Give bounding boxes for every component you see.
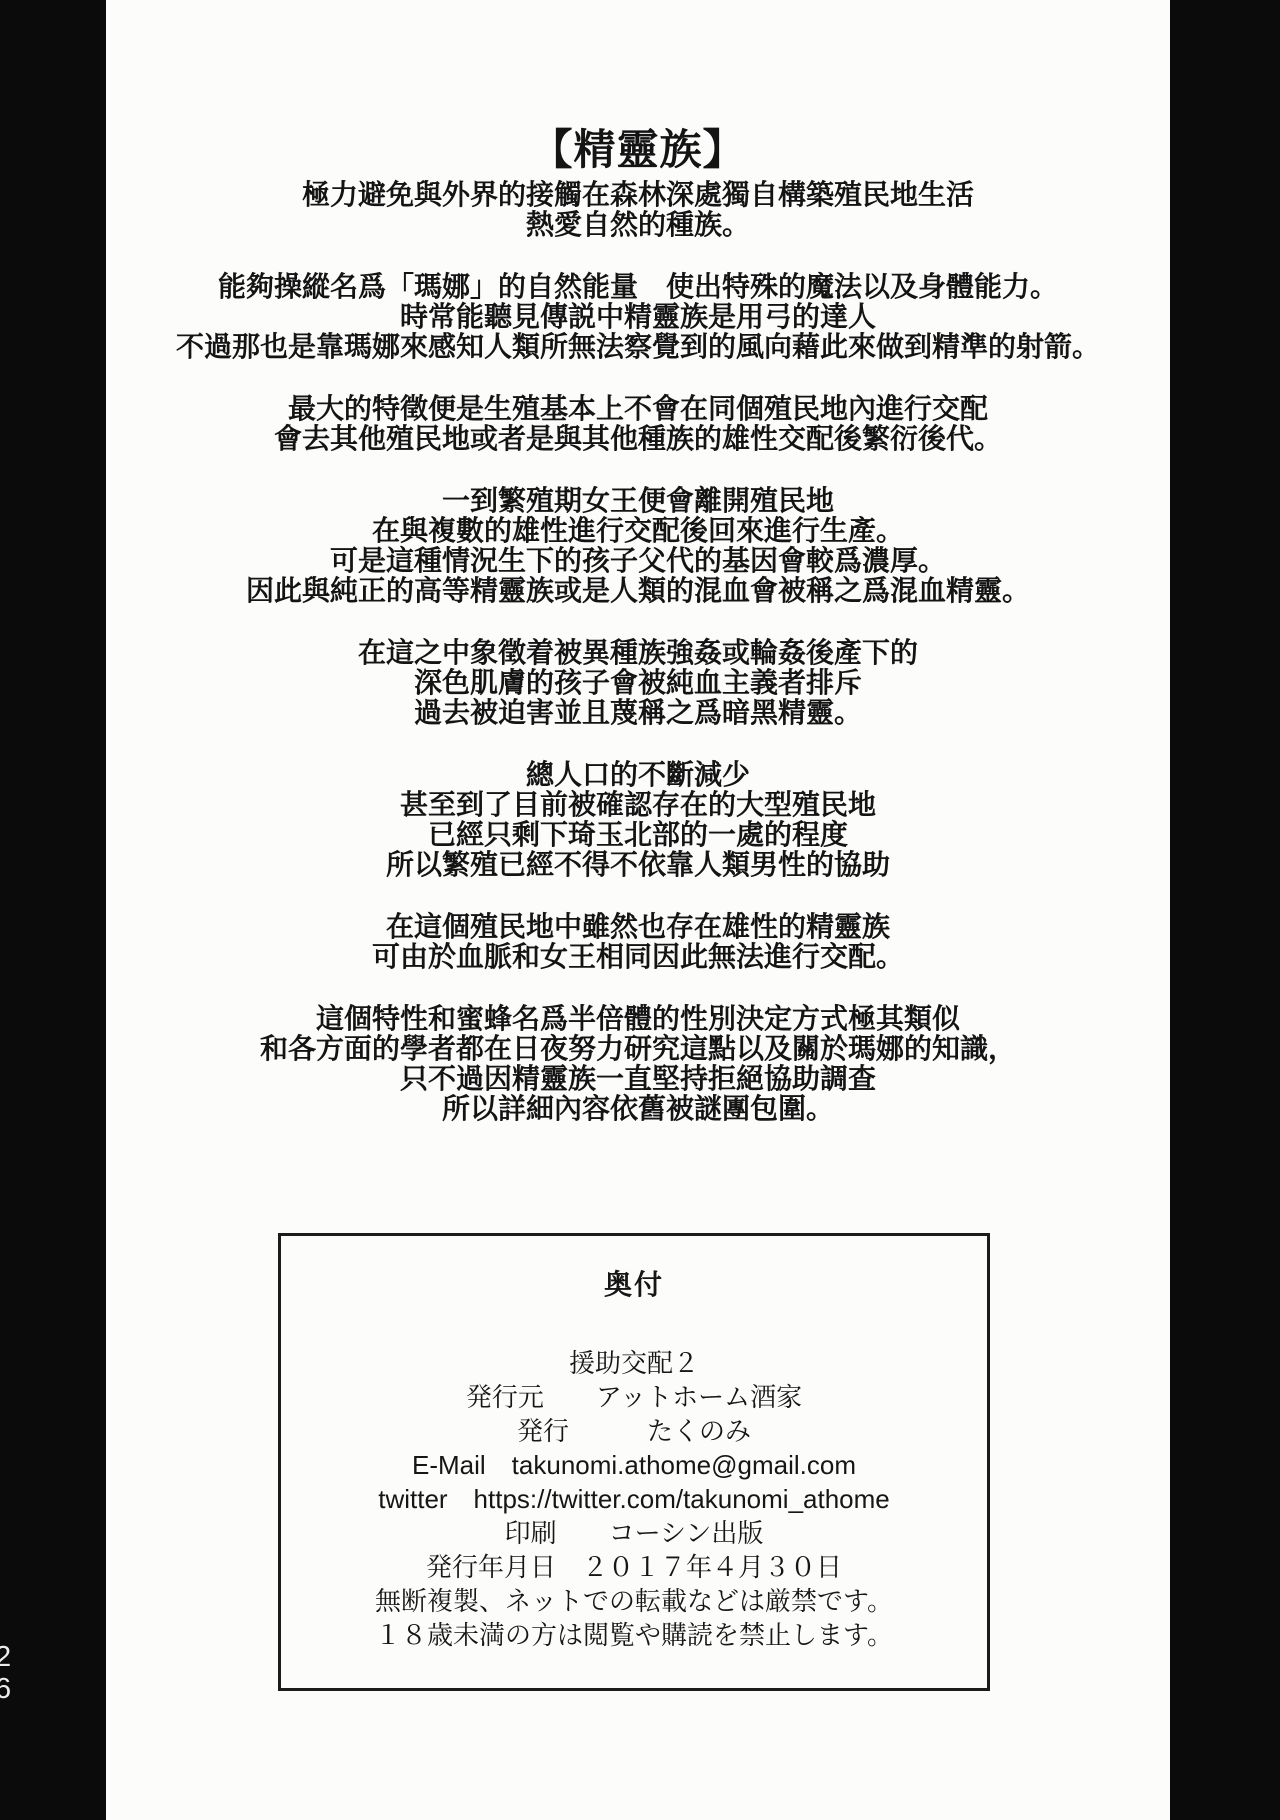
article-title: 【精靈族】 [106, 128, 1170, 172]
colophon-twitter: twitter https://twitter.com/takunomi_ath… [281, 1482, 987, 1516]
paragraph-research: 這個特性和蜜蜂名爲半倍體的性別決定方式極其類似 和各方面的學者都在日夜努力研究這… [106, 1004, 1170, 1124]
colophon-box: 奥付 援助交配２ 発行元 アットホーム酒家 発行 たくのみ E-Mail tak… [278, 1233, 990, 1691]
colophon-publish-date: 発行年月日 ２０１７年４月３０日 [281, 1550, 987, 1584]
body-line: 因此與純正的高等精靈族或是人類的混血會被稱之爲混血精靈。 [106, 576, 1170, 606]
body-line: 所以詳細內容依舊被謎團包圍。 [106, 1094, 1170, 1124]
colophon-heading: 奥付 [281, 1236, 987, 1300]
colophon-no-reproduction-notice: 無断複製、ネットでの転載などは厳禁です。 [281, 1584, 987, 1618]
paragraph-dark-elves: 在這之中象徵着被異種族強姦或輪姦後產下的 深色肌膚的孩子會被純血主義者排斥 過去… [106, 638, 1170, 728]
body-line: 所以繁殖已經不得不依靠人類男性的協助 [106, 850, 1170, 880]
colophon-age-restriction-notice: １８歳未満の方は閲覧や購読を禁止します。 [281, 1618, 987, 1652]
body-line: 已經只剩下琦玉北部的一處的程度 [106, 820, 1170, 850]
body-line: 可是這種情況生下的孩子父代的基因會較爲濃厚。 [106, 546, 1170, 576]
paragraph-males: 在這個殖民地中雖然也存在雄性的精靈族 可由於血脈和女王相同因此無法進行交配。 [106, 912, 1170, 972]
body-line: 甚至到了目前被確認存在的大型殖民地 [106, 790, 1170, 820]
body-line: 和各方面的學者都在日夜努力研究這點以及關於瑪娜的知識， [106, 1034, 1170, 1064]
paragraph-habitat: 極力避免與外界的接觸在森林深處獨自構築殖民地生活 熱愛自然的種族。 [106, 180, 1170, 240]
body-line: 能夠操縱名爲「瑪娜」的自然能量 使出特殊的魔法以及身體能力。 [106, 272, 1170, 302]
body-line: 深色肌膚的孩子會被純血主義者排斥 [106, 668, 1170, 698]
colophon-publisher: 発行元 アットホーム酒家 [281, 1380, 987, 1414]
body-line: 可由於血脈和女王相同因此無法進行交配。 [106, 942, 1170, 972]
body-line: 不過那也是靠瑪娜來感知人類所無法察覺到的風向藉此來做到精準的射箭。 [106, 332, 1170, 362]
body-line: 在這之中象徵着被異種族強姦或輪姦後產下的 [106, 638, 1170, 668]
body-line: 在這個殖民地中雖然也存在雄性的精靈族 [106, 912, 1170, 942]
body-line: 時常能聽見傳説中精靈族是用弓的達人 [106, 302, 1170, 332]
body-line: 最大的特徵便是生殖基本上不會在同個殖民地內進行交配 [106, 394, 1170, 424]
race-description-article: 【精靈族】 極力避免與外界的接觸在森林深處獨自構築殖民地生活 熱愛自然的種族。 … [106, 128, 1170, 1156]
body-line: 極力避免與外界的接觸在森林深處獨自構築殖民地生活 [106, 180, 1170, 210]
page-number-digit: 2 [0, 1642, 21, 1672]
colophon-work-title: 援助交配２ [281, 1346, 987, 1380]
scanned-page: 【精靈族】 極力避免與外界的接觸在森林深處獨自構築殖民地生活 熱愛自然的種族。 … [106, 0, 1170, 1820]
colophon-lines: 援助交配２ 発行元 アットホーム酒家 発行 たくのみ E-Mail takuno… [281, 1346, 987, 1652]
colophon-printer: 印刷 コーシン出版 [281, 1516, 987, 1550]
paragraph-queen: 一到繁殖期女王便會離開殖民地 在與複數的雄性進行交配後回來進行生產。 可是這種情… [106, 486, 1170, 606]
body-line: 在與複數的雄性進行交配後回來進行生產。 [106, 516, 1170, 546]
colophon-issuer: 発行 たくのみ [281, 1414, 987, 1448]
body-line: 總人口的不斷減少 [106, 760, 1170, 790]
body-line: 過去被迫害並且蔑稱之爲暗黑精靈。 [106, 698, 1170, 728]
paragraph-mana: 能夠操縱名爲「瑪娜」的自然能量 使出特殊的魔法以及身體能力。 時常能聽見傳説中精… [106, 272, 1170, 362]
page-number-digit: 6 [0, 1674, 21, 1704]
body-line: 只不過因精靈族一直堅持拒絕協助調查 [106, 1064, 1170, 1094]
paragraph-population: 總人口的不斷減少 甚至到了目前被確認存在的大型殖民地 已經只剩下琦玉北部的一處的… [106, 760, 1170, 880]
colophon-email: E-Mail takunomi.athome@gmail.com [281, 1448, 987, 1482]
body-line: 熱愛自然的種族。 [106, 210, 1170, 240]
body-line: 這個特性和蜜蜂名爲半倍體的性別決定方式極其類似 [106, 1004, 1170, 1034]
body-line: 一到繁殖期女王便會離開殖民地 [106, 486, 1170, 516]
body-line: 會去其他殖民地或者是與其他種族的雄性交配後繁衍後代。 [106, 424, 1170, 454]
paragraph-breeding-trait: 最大的特徵便是生殖基本上不會在同個殖民地內進行交配 會去其他殖民地或者是與其他種… [106, 394, 1170, 454]
scan-background: { "colors": { "background": "#0b0b0b", "… [0, 0, 1280, 1820]
